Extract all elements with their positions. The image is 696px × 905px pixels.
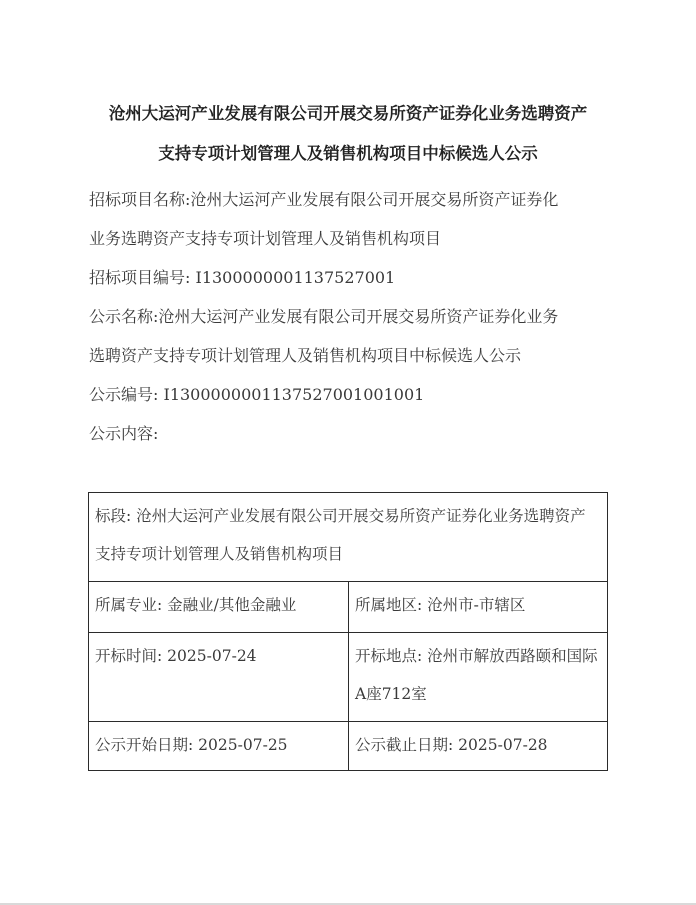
section-cell: 标段: 沧州大运河产业发展有限公司开展交易所资产证券化业务选聘资产支持专项计划管… [89, 493, 608, 582]
region-label: 所属地区: [355, 596, 422, 614]
open-time-value: 2025-07-24 [167, 647, 256, 665]
open-place-cell: 开标地点: 沧州市解放西路颐和国际A座712室 [349, 633, 608, 722]
notice-number: 公示编号: I1300000001137527001001001 [89, 375, 619, 414]
table-row: 所属专业: 金融业/其他金融业 所属地区: 沧州市-市辖区 [89, 582, 608, 633]
table-row: 开标时间: 2025-07-24 开标地点: 沧州市解放西路颐和国际A座712室 [89, 633, 608, 722]
notice-name-value: 沧州大运河产业发展有限公司开展交易所资产证券化业务 [158, 307, 558, 326]
section-value: 沧州大运河产业发展有限公司开展交易所资产证券化业务选聘资产支持专项计划管理人及销… [95, 507, 586, 563]
start-date-value: 2025-07-25 [198, 736, 287, 754]
open-time-label: 开标时间: [95, 647, 162, 665]
document-title: 沧州大运河产业发展有限公司开展交易所资产证券化业务选聘资产 支持专项计划管理人及… [60, 94, 636, 174]
end-date-cell: 公示截止日期: 2025-07-28 [349, 722, 608, 771]
project-name-line-2: 业务选聘资产支持专项计划管理人及销售机构项目 [89, 219, 619, 258]
notice-name-line-2: 选聘资产支持专项计划管理人及销售机构项目中标候选人公示 [89, 336, 619, 375]
region-value: 沧州市-市辖区 [427, 596, 525, 614]
open-place-label: 开标地点: [355, 647, 422, 665]
notice-number-label: 公示编号: [89, 385, 158, 404]
table-row: 标段: 沧州大运河产业发展有限公司开展交易所资产证券化业务选聘资产支持专项计划管… [89, 493, 608, 582]
project-name-line-1: 招标项目名称:沧州大运河产业发展有限公司开展交易所资产证券化 [89, 180, 619, 219]
document-meta: 招标项目名称:沧州大运河产业发展有限公司开展交易所资产证券化 业务选聘资产支持专… [89, 180, 619, 453]
end-date-label: 公示截止日期: [355, 736, 453, 754]
table-row: 公示开始日期: 2025-07-25 公示截止日期: 2025-07-28 [89, 722, 608, 771]
region-cell: 所属地区: 沧州市-市辖区 [349, 582, 608, 633]
start-date-label: 公示开始日期: [95, 736, 193, 754]
project-number: 招标项目编号: I1300000001137527001 [89, 258, 619, 297]
end-date-value: 2025-07-28 [458, 736, 547, 754]
title-line-1: 沧州大运河产业发展有限公司开展交易所资产证券化业务选聘资产 [60, 94, 636, 134]
open-time-cell: 开标时间: 2025-07-24 [89, 633, 349, 722]
project-number-label: 招标项目编号: [89, 268, 190, 287]
specialty-label: 所属专业: [95, 596, 162, 614]
notice-name-label: 公示名称: [89, 307, 158, 326]
notice-name-line-1: 公示名称:沧州大运河产业发展有限公司开展交易所资产证券化业务 [89, 297, 619, 336]
title-line-2: 支持专项计划管理人及销售机构项目中标候选人公示 [60, 134, 636, 174]
project-name-value: 沧州大运河产业发展有限公司开展交易所资产证券化 [190, 190, 558, 209]
notice-number-value: I1300000001137527001001001 [164, 385, 425, 404]
notice-table: 标段: 沧州大运河产业发展有限公司开展交易所资产证券化业务选聘资产支持专项计划管… [88, 492, 608, 771]
project-number-value: I1300000001137527001 [196, 268, 396, 287]
section-label: 标段: [95, 507, 131, 525]
start-date-cell: 公示开始日期: 2025-07-25 [89, 722, 349, 771]
specialty-cell: 所属专业: 金融业/其他金融业 [89, 582, 349, 633]
specialty-value: 金融业/其他金融业 [167, 596, 296, 614]
project-name-label: 招标项目名称: [89, 190, 190, 209]
notice-content-label: 公示内容: [89, 414, 619, 453]
